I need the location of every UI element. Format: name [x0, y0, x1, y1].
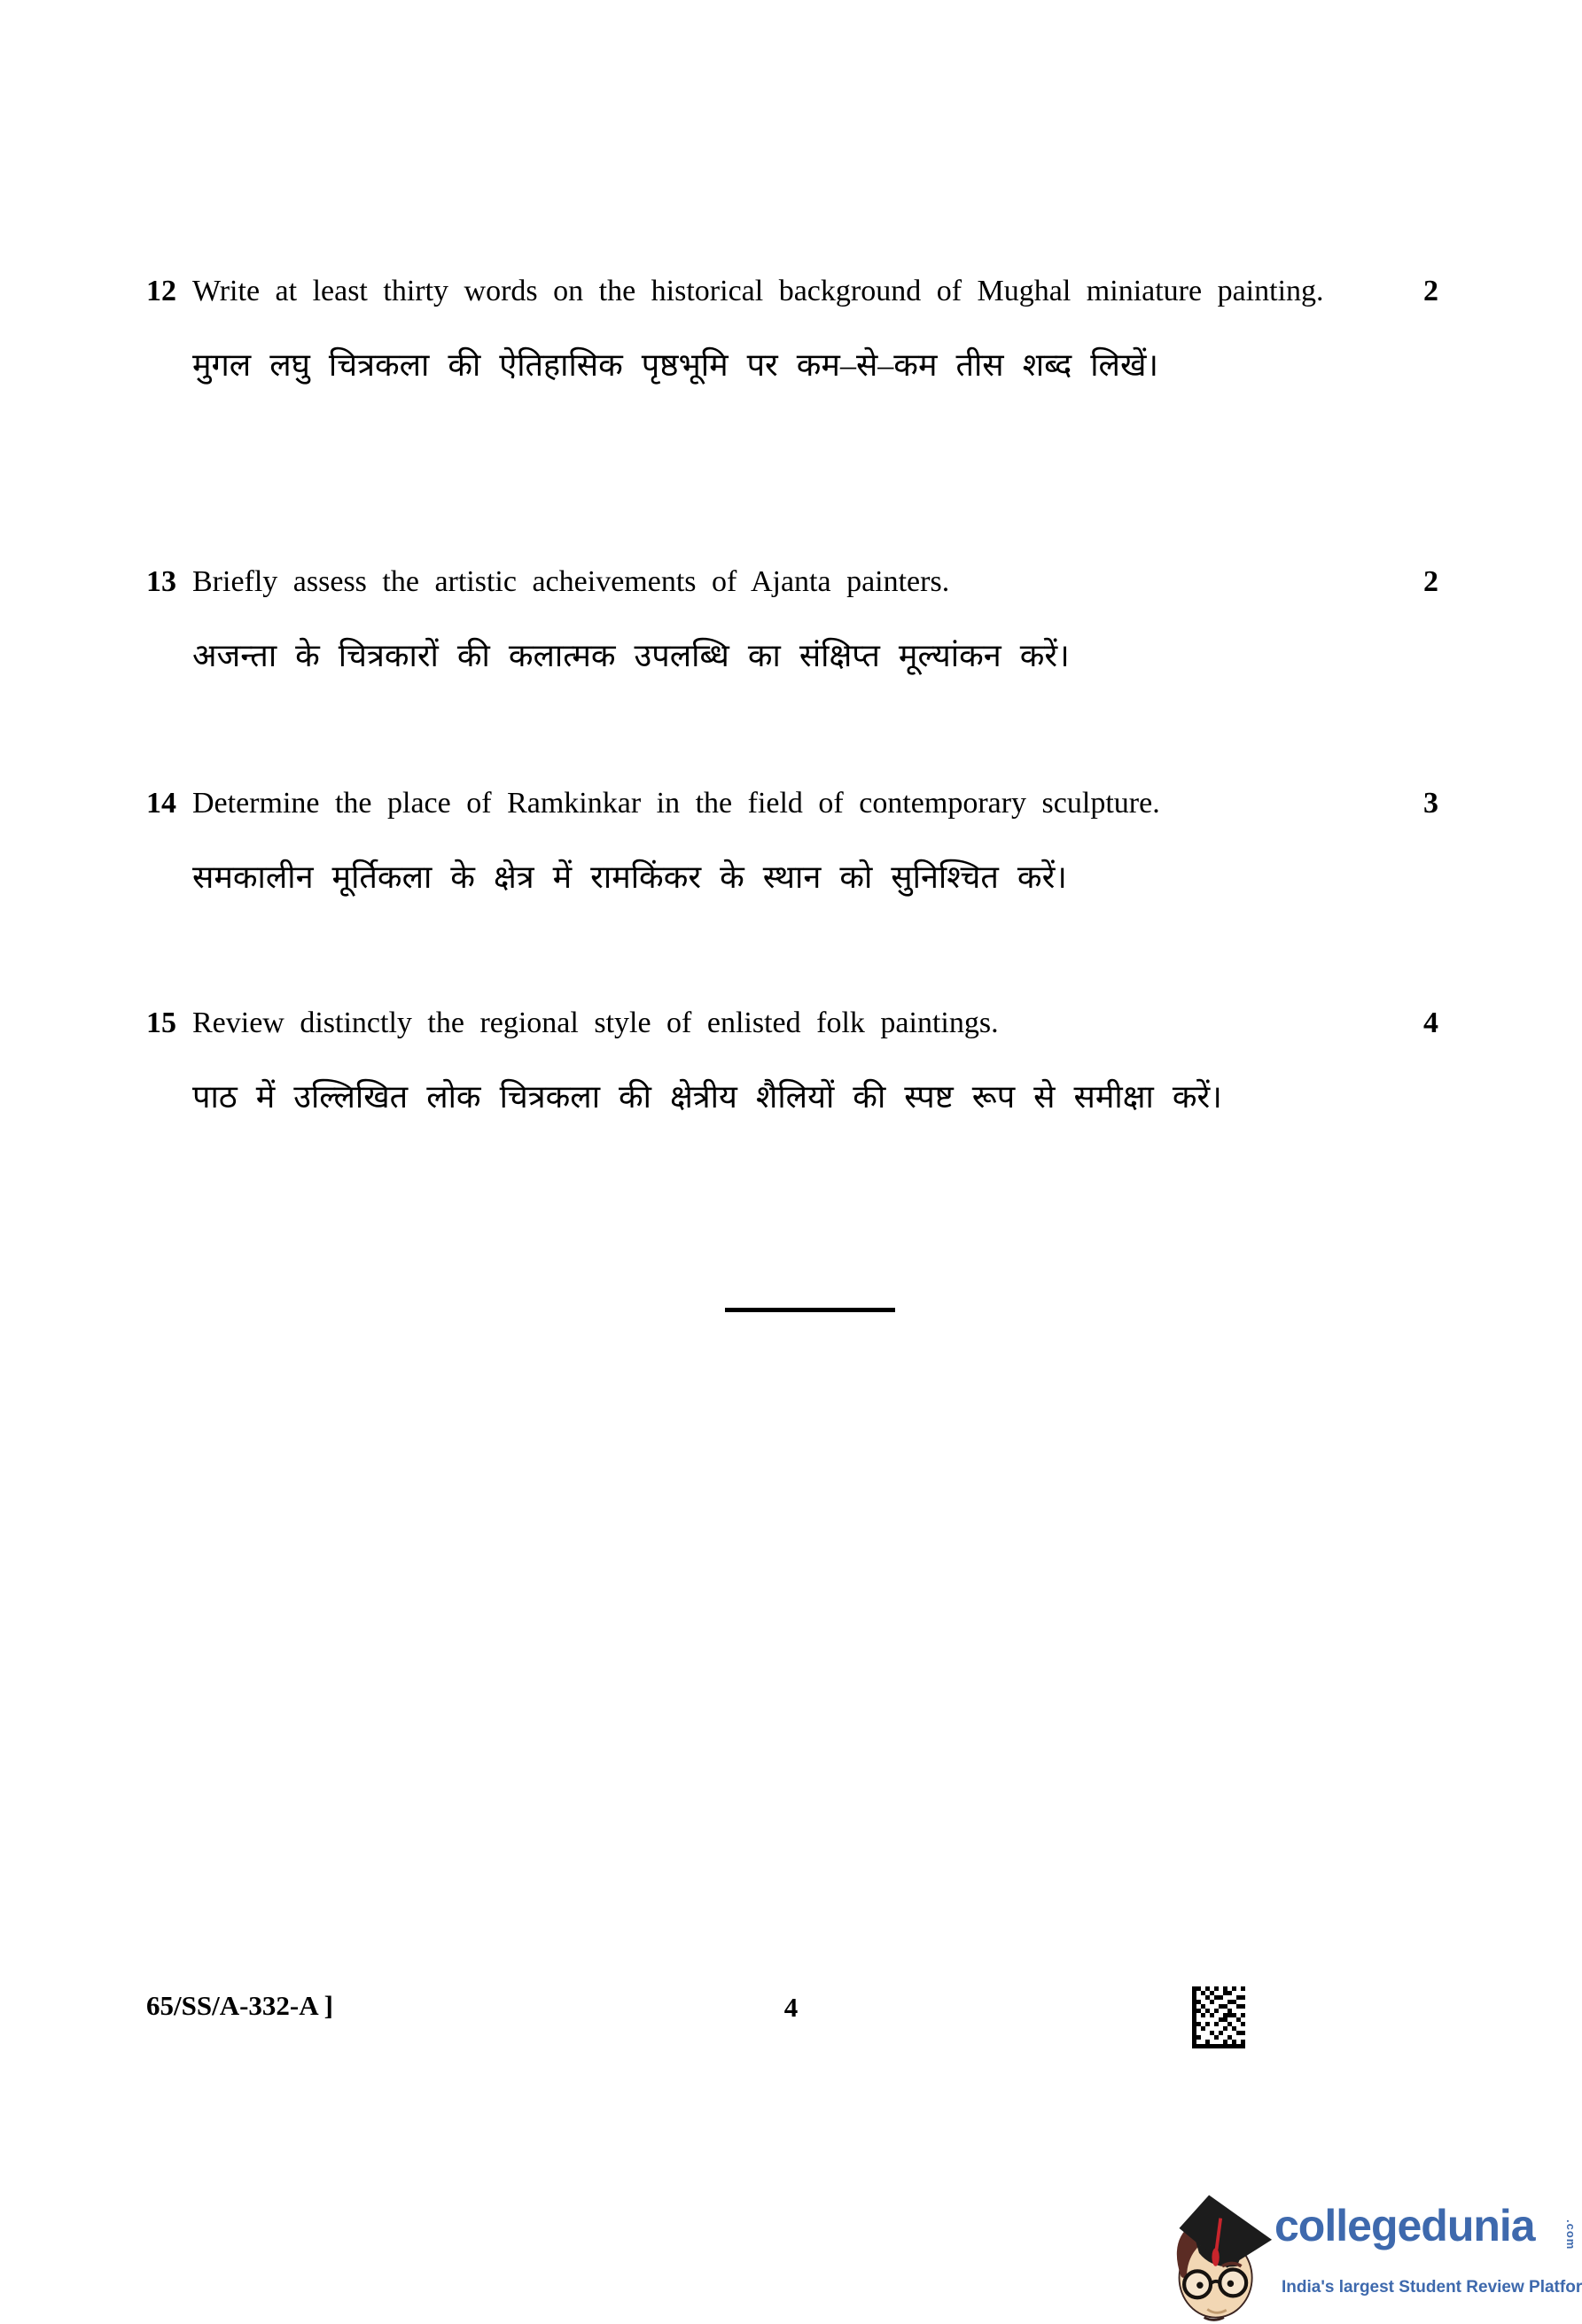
question-block-15: 15 Review distinctly the regional style …: [146, 989, 1440, 1123]
question-marks: 4: [1371, 989, 1440, 1058]
question-content: Write at least thirty words on the histo…: [192, 257, 1371, 392]
question-text-english: Review distinctly the regional style of …: [192, 989, 1371, 1058]
question-content: Briefly assess the artistic acheivements…: [192, 548, 1371, 682]
question-content: Determine the place of Ramkinkar in the …: [192, 769, 1371, 904]
student-mascot-icon: [1161, 2191, 1285, 2324]
question-number: 13: [146, 548, 192, 617]
question-block-14: 14 Determine the place of Ramkinkar in t…: [146, 769, 1440, 904]
question-marks: 2: [1371, 257, 1440, 326]
page-number: 4: [0, 1992, 1582, 2024]
question-marks: 3: [1371, 769, 1440, 838]
collegedunia-logo: collegedunia .com India's largest Studen…: [1161, 2184, 1582, 2324]
question-text-english: Determine the place of Ramkinkar in the …: [192, 769, 1371, 838]
question-number: 14: [146, 769, 192, 838]
question-text-english: Briefly assess the artistic acheivements…: [192, 548, 1371, 617]
question-block-12: 12 Write at least thirty words on the hi…: [146, 257, 1440, 392]
logo-tld: .com: [1564, 2219, 1578, 2250]
logo-wordmark: collegedunia: [1274, 2200, 1535, 2251]
exam-paper-page: 12 Write at least thirty words on the hi…: [0, 0, 1582, 2324]
question-text-hindi: समकालीन मूर्तिकला के क्षेत्र में रामकिंक…: [192, 851, 1371, 904]
logo-tagline: India's largest Student Review Platform: [1282, 2278, 1582, 2297]
question-text-hindi: पाठ में उल्लिखित लोक चित्रकला की क्षेत्र…: [192, 1070, 1371, 1123]
question-number: 15: [146, 989, 192, 1058]
question-number: 12: [146, 257, 192, 326]
datamatrix-barcode-icon: [1190, 1986, 1247, 2053]
question-text-hindi: मुगल लघु चित्रकला की ऐतिहासिक पृष्ठभूमि …: [192, 338, 1371, 392]
question-block-13: 13 Briefly assess the artistic acheiveme…: [146, 548, 1440, 682]
question-content: Review distinctly the regional style of …: [192, 989, 1371, 1123]
question-text-english: Write at least thirty words on the histo…: [192, 257, 1371, 326]
question-text-hindi: अजन्ता के चित्रकारों की कलात्मक उपलब्धि …: [192, 629, 1371, 682]
question-marks: 2: [1371, 548, 1440, 617]
separator-line: [725, 1308, 895, 1312]
